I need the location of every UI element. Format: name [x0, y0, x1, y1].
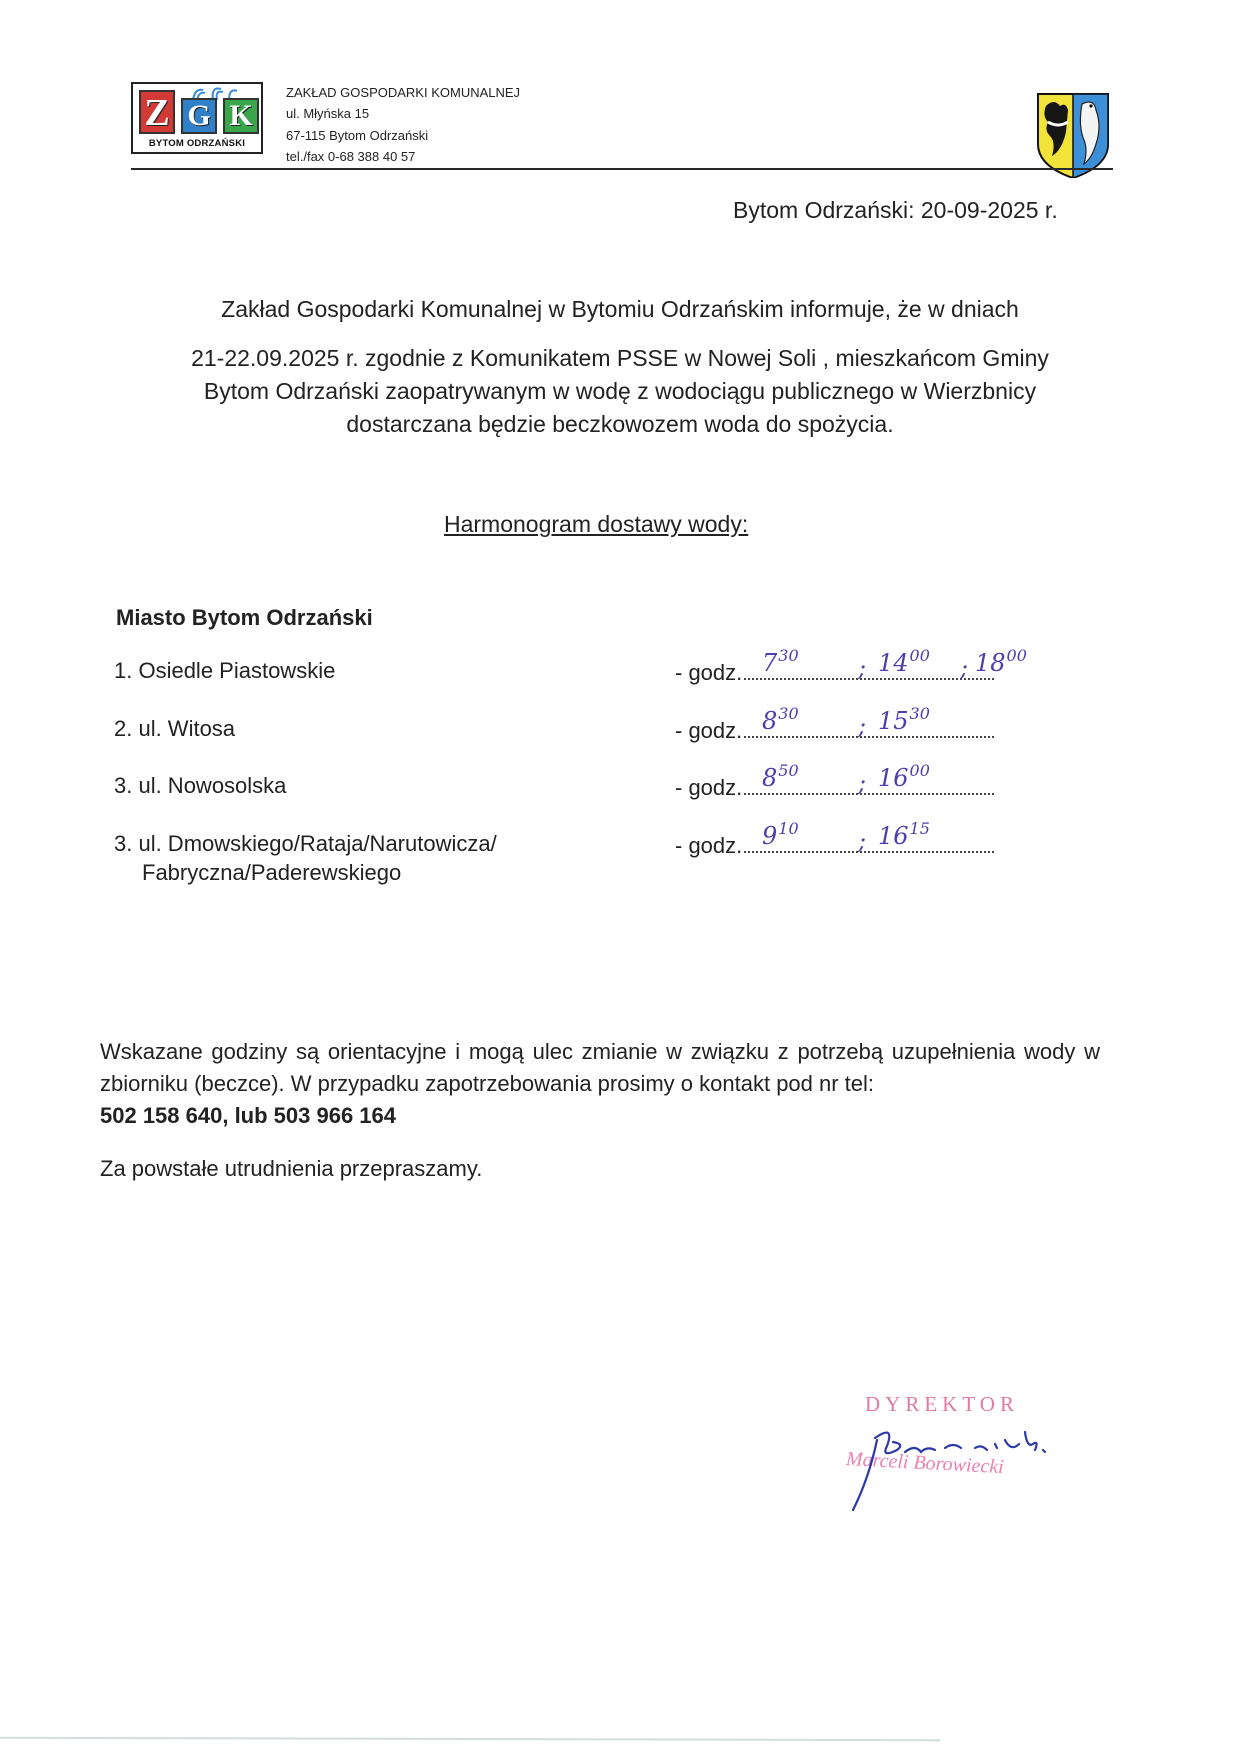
- intro-line-3: Bytom Odrzański zaopatrywanym w wodę z w…: [130, 378, 1110, 405]
- apology-text: Za powstałe utrudnienia przepraszamy.: [100, 1156, 482, 1182]
- godz-label: - godz.: [675, 775, 742, 800]
- stamp-title: DYREKTOR: [865, 1392, 1019, 1417]
- logo-letter-k: K: [223, 98, 259, 134]
- letterhead-divider: [131, 168, 1113, 170]
- godz-label: - godz.: [675, 660, 742, 685]
- schedule-item-label: 3. ul. Dmowskiego/Rataja/Narutowicza/: [114, 831, 497, 856]
- logo-letter-z: Z: [139, 90, 175, 134]
- scan-artifact-line: [0, 1737, 940, 1741]
- handwritten-time: 1615: [878, 819, 930, 850]
- handwritten-separator: ;: [858, 654, 866, 682]
- note-text: Wskazane godziny są orientacyjne i mogą …: [100, 1039, 1100, 1096]
- schedule-item: 3. ul. Dmowskiego/Rataja/Narutowicza/Fab…: [114, 829, 497, 887]
- handwritten-separator: ;: [960, 654, 968, 682]
- handwritten-time: 1800: [975, 646, 1027, 677]
- org-phone: tel./fax 0-68 388 40 57: [286, 146, 520, 167]
- delivery-time-field: - godz.: [675, 718, 994, 744]
- signature-icon: [835, 1418, 1065, 1518]
- godz-label: - godz.: [675, 833, 742, 858]
- intro-line-4: dostarczana będzie beczkowozem woda do s…: [130, 411, 1110, 438]
- handwritten-time: 850: [762, 761, 799, 792]
- handwritten-separator: ;: [858, 769, 866, 797]
- handwritten-time: 1600: [878, 761, 930, 792]
- schedule-item-label: 2. ul. Witosa: [114, 716, 235, 741]
- document-date: Bytom Odrzański: 20-09-2025 r.: [733, 197, 1058, 224]
- info-note: Wskazane godziny są orientacyjne i mogą …: [100, 1036, 1100, 1132]
- letterhead-address: ZAKŁAD GOSPODARKI KOMUNALNEJ ul. Młyńska…: [286, 82, 520, 167]
- handwritten-separator: ;: [858, 827, 866, 855]
- schedule-item: 2. ul. Witosa: [114, 714, 235, 743]
- zgk-logo: Z G K BYTOM ODRZAŃSKI: [131, 82, 263, 154]
- intro-line-2: 21-22.09.2025 r. zgodnie z Komunikatem P…: [130, 345, 1110, 372]
- coat-of-arms-icon: [1036, 92, 1110, 178]
- contact-phones: 502 158 640, lub 503 966 164: [100, 1100, 1100, 1132]
- handwritten-time: 1530: [878, 704, 930, 735]
- org-city: 67-115 Bytom Odrzański: [286, 125, 520, 146]
- schedule-item: 3. ul. Nowosolska: [114, 771, 286, 800]
- intro-line-1: Zakład Gospodarki Komunalnej w Bytomiu O…: [130, 296, 1110, 323]
- handwritten-separator: ;: [858, 712, 866, 740]
- schedule-item-label: 1. Osiedle Piastowskie: [114, 658, 335, 683]
- handwritten-time: 910: [762, 819, 799, 850]
- schedule-item-label-cont: Fabryczna/Paderewskiego: [114, 858, 497, 887]
- handwritten-time: 1400: [878, 646, 930, 677]
- delivery-time-field: - godz.: [675, 660, 994, 686]
- handwritten-time: 830: [762, 704, 799, 735]
- schedule-title: Harmonogram dostawy wody:: [444, 511, 748, 538]
- org-street: ul. Młyńska 15: [286, 103, 520, 124]
- logo-letter-g: G: [181, 98, 217, 134]
- handwritten-time: 730: [762, 646, 799, 677]
- schedule-section-title: Miasto Bytom Odrzański: [116, 605, 373, 631]
- schedule-item: 1. Osiedle Piastowskie: [114, 656, 335, 685]
- org-name: ZAKŁAD GOSPODARKI KOMUNALNEJ: [286, 82, 520, 103]
- schedule-item-label: 3. ul. Nowosolska: [114, 773, 286, 798]
- logo-caption: BYTOM ODRZAŃSKI: [133, 138, 261, 149]
- delivery-time-field: - godz.: [675, 775, 994, 801]
- delivery-time-field: - godz.: [675, 833, 994, 859]
- godz-label: - godz.: [675, 718, 742, 743]
